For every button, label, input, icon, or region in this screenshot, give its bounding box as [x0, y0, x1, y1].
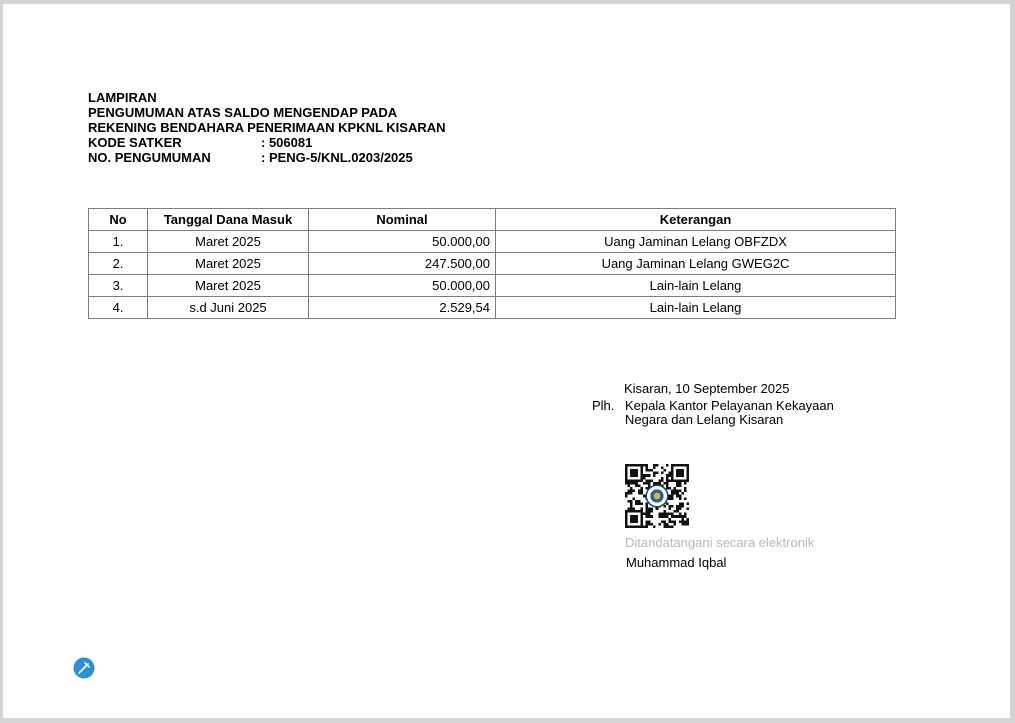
no-pengumuman-row: NO. PENGUMUMAN : PENG-5/KNL.0203/2025: [88, 150, 446, 165]
no-pengumuman-label: NO. PENGUMUMAN: [88, 150, 261, 165]
cell-nominal: 247.500,00: [309, 253, 496, 275]
table-row: 4.s.d Juni 20252.529,54Lain-lain Lelang: [89, 297, 896, 319]
table-row: 1.Maret 202550.000,00Uang Jaminan Lelang…: [89, 231, 896, 253]
cell-tanggal: Maret 2025: [148, 231, 309, 253]
cell-no: 2.: [89, 253, 148, 275]
saldo-table: No Tanggal Dana Masuk Nominal Keterangan…: [88, 208, 896, 319]
place-date: Kisaran, 10 September 2025: [592, 382, 834, 396]
document-header: LAMPIRAN PENGUMUMAN ATAS SALDO MENGENDAP…: [88, 90, 446, 165]
cell-keterangan: Lain-lain Lelang: [496, 297, 896, 319]
plh-label: Plh.: [592, 399, 625, 427]
tool-wrench-icon[interactable]: [73, 657, 95, 679]
document-page: LAMPIRAN PENGUMUMAN ATAS SALDO MENGENDAP…: [3, 4, 1010, 718]
cell-tanggal: Maret 2025: [148, 253, 309, 275]
cell-tanggal: Maret 2025: [148, 275, 309, 297]
col-header-nominal: Nominal: [309, 209, 496, 231]
kode-satker-label: KODE SATKER: [88, 135, 261, 150]
no-pengumuman-value: : PENG-5/KNL.0203/2025: [261, 150, 413, 165]
kode-satker-value: : 506081: [261, 135, 312, 150]
cell-keterangan: Uang Jaminan Lelang OBFZDX: [496, 231, 896, 253]
title-line-2: REKENING BENDAHARA PENERIMAAN KPKNL KISA…: [88, 120, 446, 135]
qr-code-icon: [625, 464, 689, 528]
cell-no: 4.: [89, 297, 148, 319]
cell-no: 3.: [89, 275, 148, 297]
cell-nominal: 50.000,00: [309, 231, 496, 253]
col-header-tanggal: Tanggal Dana Masuk: [148, 209, 309, 231]
position-line-1: Kepala Kantor Pelayanan Kekayaan: [625, 399, 834, 413]
position-row: Plh. Kepala Kantor Pelayanan Kekayaan Ne…: [592, 399, 834, 427]
cell-nominal: 50.000,00: [309, 275, 496, 297]
table-row: 2.Maret 2025247.500,00Uang Jaminan Lelan…: [89, 253, 896, 275]
cell-tanggal: s.d Juni 2025: [148, 297, 309, 319]
lampiran-label: LAMPIRAN: [88, 90, 446, 105]
table-row: 3.Maret 202550.000,00Lain-lain Lelang: [89, 275, 896, 297]
title-line-1: PENGUMUMAN ATAS SALDO MENGENDAP PADA: [88, 105, 446, 120]
signature-block: Kisaran, 10 September 2025 Plh. Kepala K…: [592, 382, 834, 427]
kode-satker-row: KODE SATKER : 506081: [88, 135, 446, 150]
table-header-row: No Tanggal Dana Masuk Nominal Keterangan: [89, 209, 896, 231]
position-line-2: Negara dan Lelang Kisaran: [625, 413, 834, 427]
cell-keterangan: Lain-lain Lelang: [496, 275, 896, 297]
cell-no: 1.: [89, 231, 148, 253]
col-header-keterangan: Keterangan: [496, 209, 896, 231]
cell-nominal: 2.529,54: [309, 297, 496, 319]
col-header-no: No: [89, 209, 148, 231]
signed-electronically-note: Ditandatangani secara elektronik: [625, 535, 814, 550]
signer-name: Muhammad Iqbal: [626, 555, 726, 570]
cell-keterangan: Uang Jaminan Lelang GWEG2C: [496, 253, 896, 275]
